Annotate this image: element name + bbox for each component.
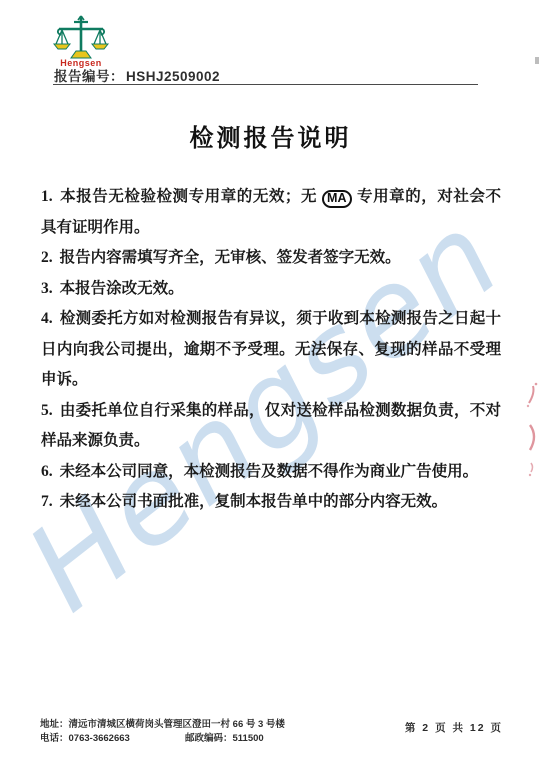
report-note-6: 6.未经本公司同意，本检测报告及数据不得作为商业广告使用。 xyxy=(41,457,501,488)
note-5-text: 由委托单位自行采集的样品，仅对送检样品检测数据负责，不对样品来源负责。 xyxy=(41,402,501,450)
note-3-number: 3. xyxy=(41,280,53,297)
note-5-number: 5. xyxy=(41,402,53,419)
edge-stamp-fragments-icon xyxy=(521,378,541,483)
cma-mark-icon: MA xyxy=(322,190,351,208)
company-logo: Hengsen xyxy=(50,13,112,68)
note-7-number: 7. xyxy=(41,493,53,510)
phone-label: 电话： xyxy=(40,733,69,744)
postal-label: 邮政编码： xyxy=(185,733,233,744)
report-note-7: 7.未经本公司书面批准，复制本报告单中的部分内容无效。 xyxy=(41,487,501,518)
scan-artifact xyxy=(535,57,539,64)
report-number: 报告编号：HSHJ2509002 xyxy=(54,65,220,85)
note-3-text: 本报告涂改无效。 xyxy=(60,280,184,297)
note-1-text-pre: 本报告无检验检测专用章的无效；无 xyxy=(60,188,317,205)
note-7-text: 未经本公司书面批准，复制本报告单中的部分内容无效。 xyxy=(60,493,448,510)
note-4-number: 4. xyxy=(41,310,53,327)
report-number-label: 报告编号： xyxy=(54,69,124,84)
page-footer: 地址：清远市清城区横荷岗头管理区澄田一村 66 号 3 号楼 电话：0763-3… xyxy=(40,718,503,746)
report-page: Hengsen Hengsen 报告编号：HSHJ2509002 检测报告说明 xyxy=(0,0,541,782)
report-note-1: 1.本报告无检验检测专用章的无效；无MA专用章的，对社会不具有证明作用。 xyxy=(41,182,501,243)
note-4-text: 检测委托方如对检测报告有异议，须于收到本检测报告之日起十日内向我公司提出，逾期不… xyxy=(41,310,501,388)
page-number: 第 2 页 共 12 页 xyxy=(405,720,503,735)
note-6-text: 未经本公司同意，本检测报告及数据不得作为商业广告使用。 xyxy=(60,463,479,480)
report-notes: 1.本报告无检验检测专用章的无效；无MA专用章的，对社会不具有证明作用。 2.报… xyxy=(41,182,501,518)
note-1-number: 1. xyxy=(41,188,53,205)
page-title: 检测报告说明 xyxy=(0,118,541,153)
note-2-number: 2. xyxy=(41,249,53,266)
address-label: 地址： xyxy=(40,719,69,730)
scales-logo-icon xyxy=(52,13,110,59)
phone: 电话：0763-3662663 xyxy=(40,732,185,746)
footer-phone-line: 电话：0763-3662663 邮政编码：511500 xyxy=(40,732,285,746)
postal-value: 511500 xyxy=(233,733,264,744)
report-note-2: 2.报告内容需填写齐全，无审核、签发者签字无效。 xyxy=(41,243,501,274)
note-6-number: 6. xyxy=(41,463,53,480)
report-note-3: 3.本报告涂改无效。 xyxy=(41,274,501,305)
note-2-text: 报告内容需填写齐全，无审核、签发者签字无效。 xyxy=(60,249,401,266)
report-note-5: 5.由委托单位自行采集的样品，仅对送检样品检测数据负责，不对样品来源负责。 xyxy=(41,396,501,457)
report-note-4: 4.检测委托方如对检测报告有异议，须于收到本检测报告之日起十日内向我公司提出，逾… xyxy=(41,304,501,396)
footer-address-line: 地址：清远市清城区横荷岗头管理区澄田一村 66 号 3 号楼 xyxy=(40,718,285,732)
phone-value: 0763-3662663 xyxy=(69,733,130,744)
footer-contact-block: 地址：清远市清城区横荷岗头管理区澄田一村 66 号 3 号楼 电话：0763-3… xyxy=(40,718,285,746)
report-number-value: HSHJ2509002 xyxy=(126,69,220,84)
postal: 邮政编码：511500 xyxy=(185,732,264,746)
address-value: 清远市清城区横荷岗头管理区澄田一村 66 号 3 号楼 xyxy=(69,719,285,730)
